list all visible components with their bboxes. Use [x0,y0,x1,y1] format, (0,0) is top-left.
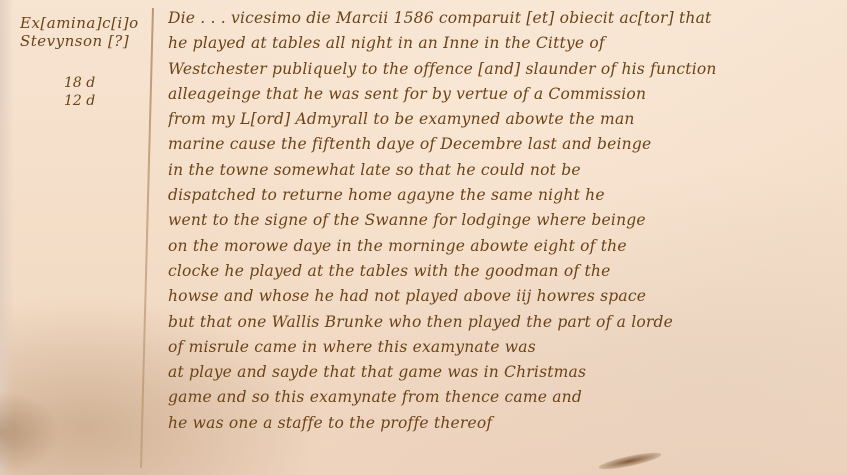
ink-blot [598,449,663,472]
text-line: in the towne somewhat late so that he co… [168,158,838,183]
margin-note: Ex[amina]c[i]o Stevynson [?] 18 d 12 d [20,14,150,110]
text-line: Westchester publiquely to the offence [a… [168,57,838,82]
text-line: from my L[ord] Admyrall to be examyned a… [168,107,838,132]
text-line: marine cause the fiftenth daye of Decemb… [168,132,838,157]
text-line: of misrule came in where this examynate … [168,335,838,360]
margin-examinee-name: Ex[amina]c[i]o Stevynson [?] [20,14,150,50]
manuscript-page: Ex[amina]c[i]o Stevynson [?] 18 d 12 d D… [0,0,847,475]
text-line: he played at tables all night in an Inne… [168,31,838,56]
text-line: at playe and sayde that that game was in… [168,360,838,385]
text-line: game and so this examynate from thence c… [168,385,838,410]
text-line: but that one Wallis Brunke who then play… [168,310,838,335]
text-line: clocke he played at the tables with the … [168,259,838,284]
text-line: dispatched to returne home agayne the sa… [168,183,838,208]
margin-amount-2: 12 d [64,92,150,110]
text-line: on the morowe daye in the morninge abowt… [168,234,838,259]
text-line: he was one a staffe to the proffe thereo… [168,411,838,436]
text-line: Die . . . vicesimo die Marcii 1586 compa… [168,6,838,31]
margin-amount-1: 18 d [64,74,150,92]
text-line: howse and whose he had not played above … [168,284,838,309]
text-line: went to the signe of the Swanne for lodg… [168,208,838,233]
corner-stain [0,390,60,475]
text-line: alleageinge that he was sent for by vert… [168,82,838,107]
deposition-text: Die . . . vicesimo die Marcii 1586 compa… [168,6,838,436]
